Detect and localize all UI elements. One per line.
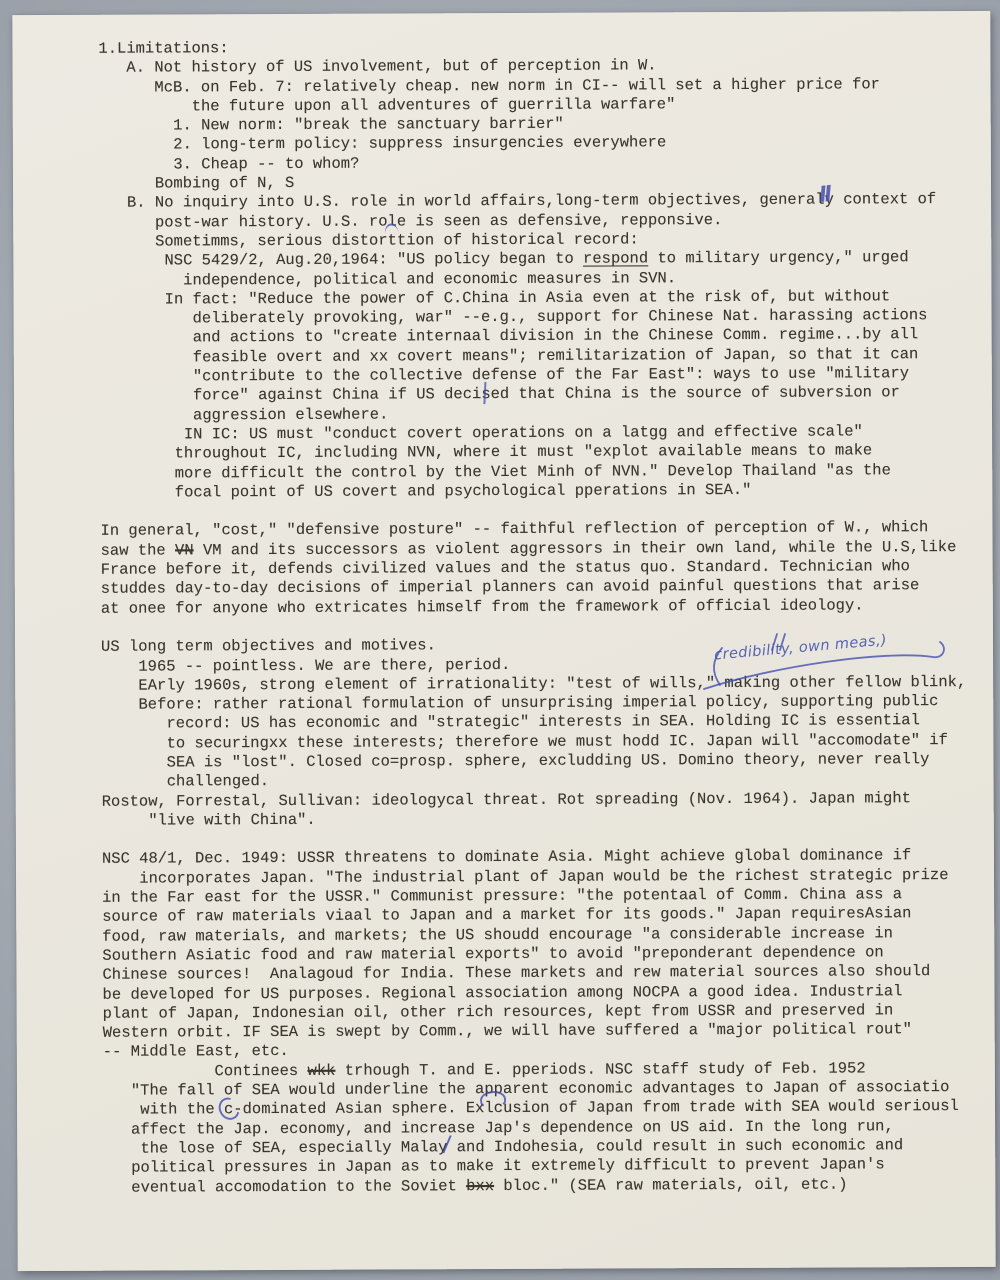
text-line: B. No inquiry into U.S. role in world af…	[99, 190, 991, 213]
text-line: political pressures in Japan as to make …	[103, 1155, 995, 1178]
text-line: eventual accomodation to the Soviet bxx …	[103, 1174, 995, 1197]
pen-correction: /	[442, 1134, 452, 1157]
text-line: force" against China if US decised that …	[100, 383, 992, 406]
document-page: 1.Limitations: A. Not history of US invo…	[12, 11, 995, 1271]
text-line: at onee for anyone who extricates himsel…	[101, 595, 993, 618]
text-line: Rostow, Forrestal, Sullivan: ideologycal…	[102, 788, 994, 811]
text-line: McB. on Feb. 7: relatively cheap. new no…	[99, 74, 991, 97]
scan-background: 1.Limitations: A. Not history of US invo…	[0, 0, 1000, 1280]
text-line: more difficult the control by the Viet M…	[100, 460, 992, 483]
text-line: NSC 5429/2, Aug.20,1964: "US policy bega…	[99, 248, 991, 271]
typewritten-text: 1.Limitations: A. Not history of US invo…	[98, 36, 995, 1198]
pen-mark-tick	[484, 382, 487, 404]
